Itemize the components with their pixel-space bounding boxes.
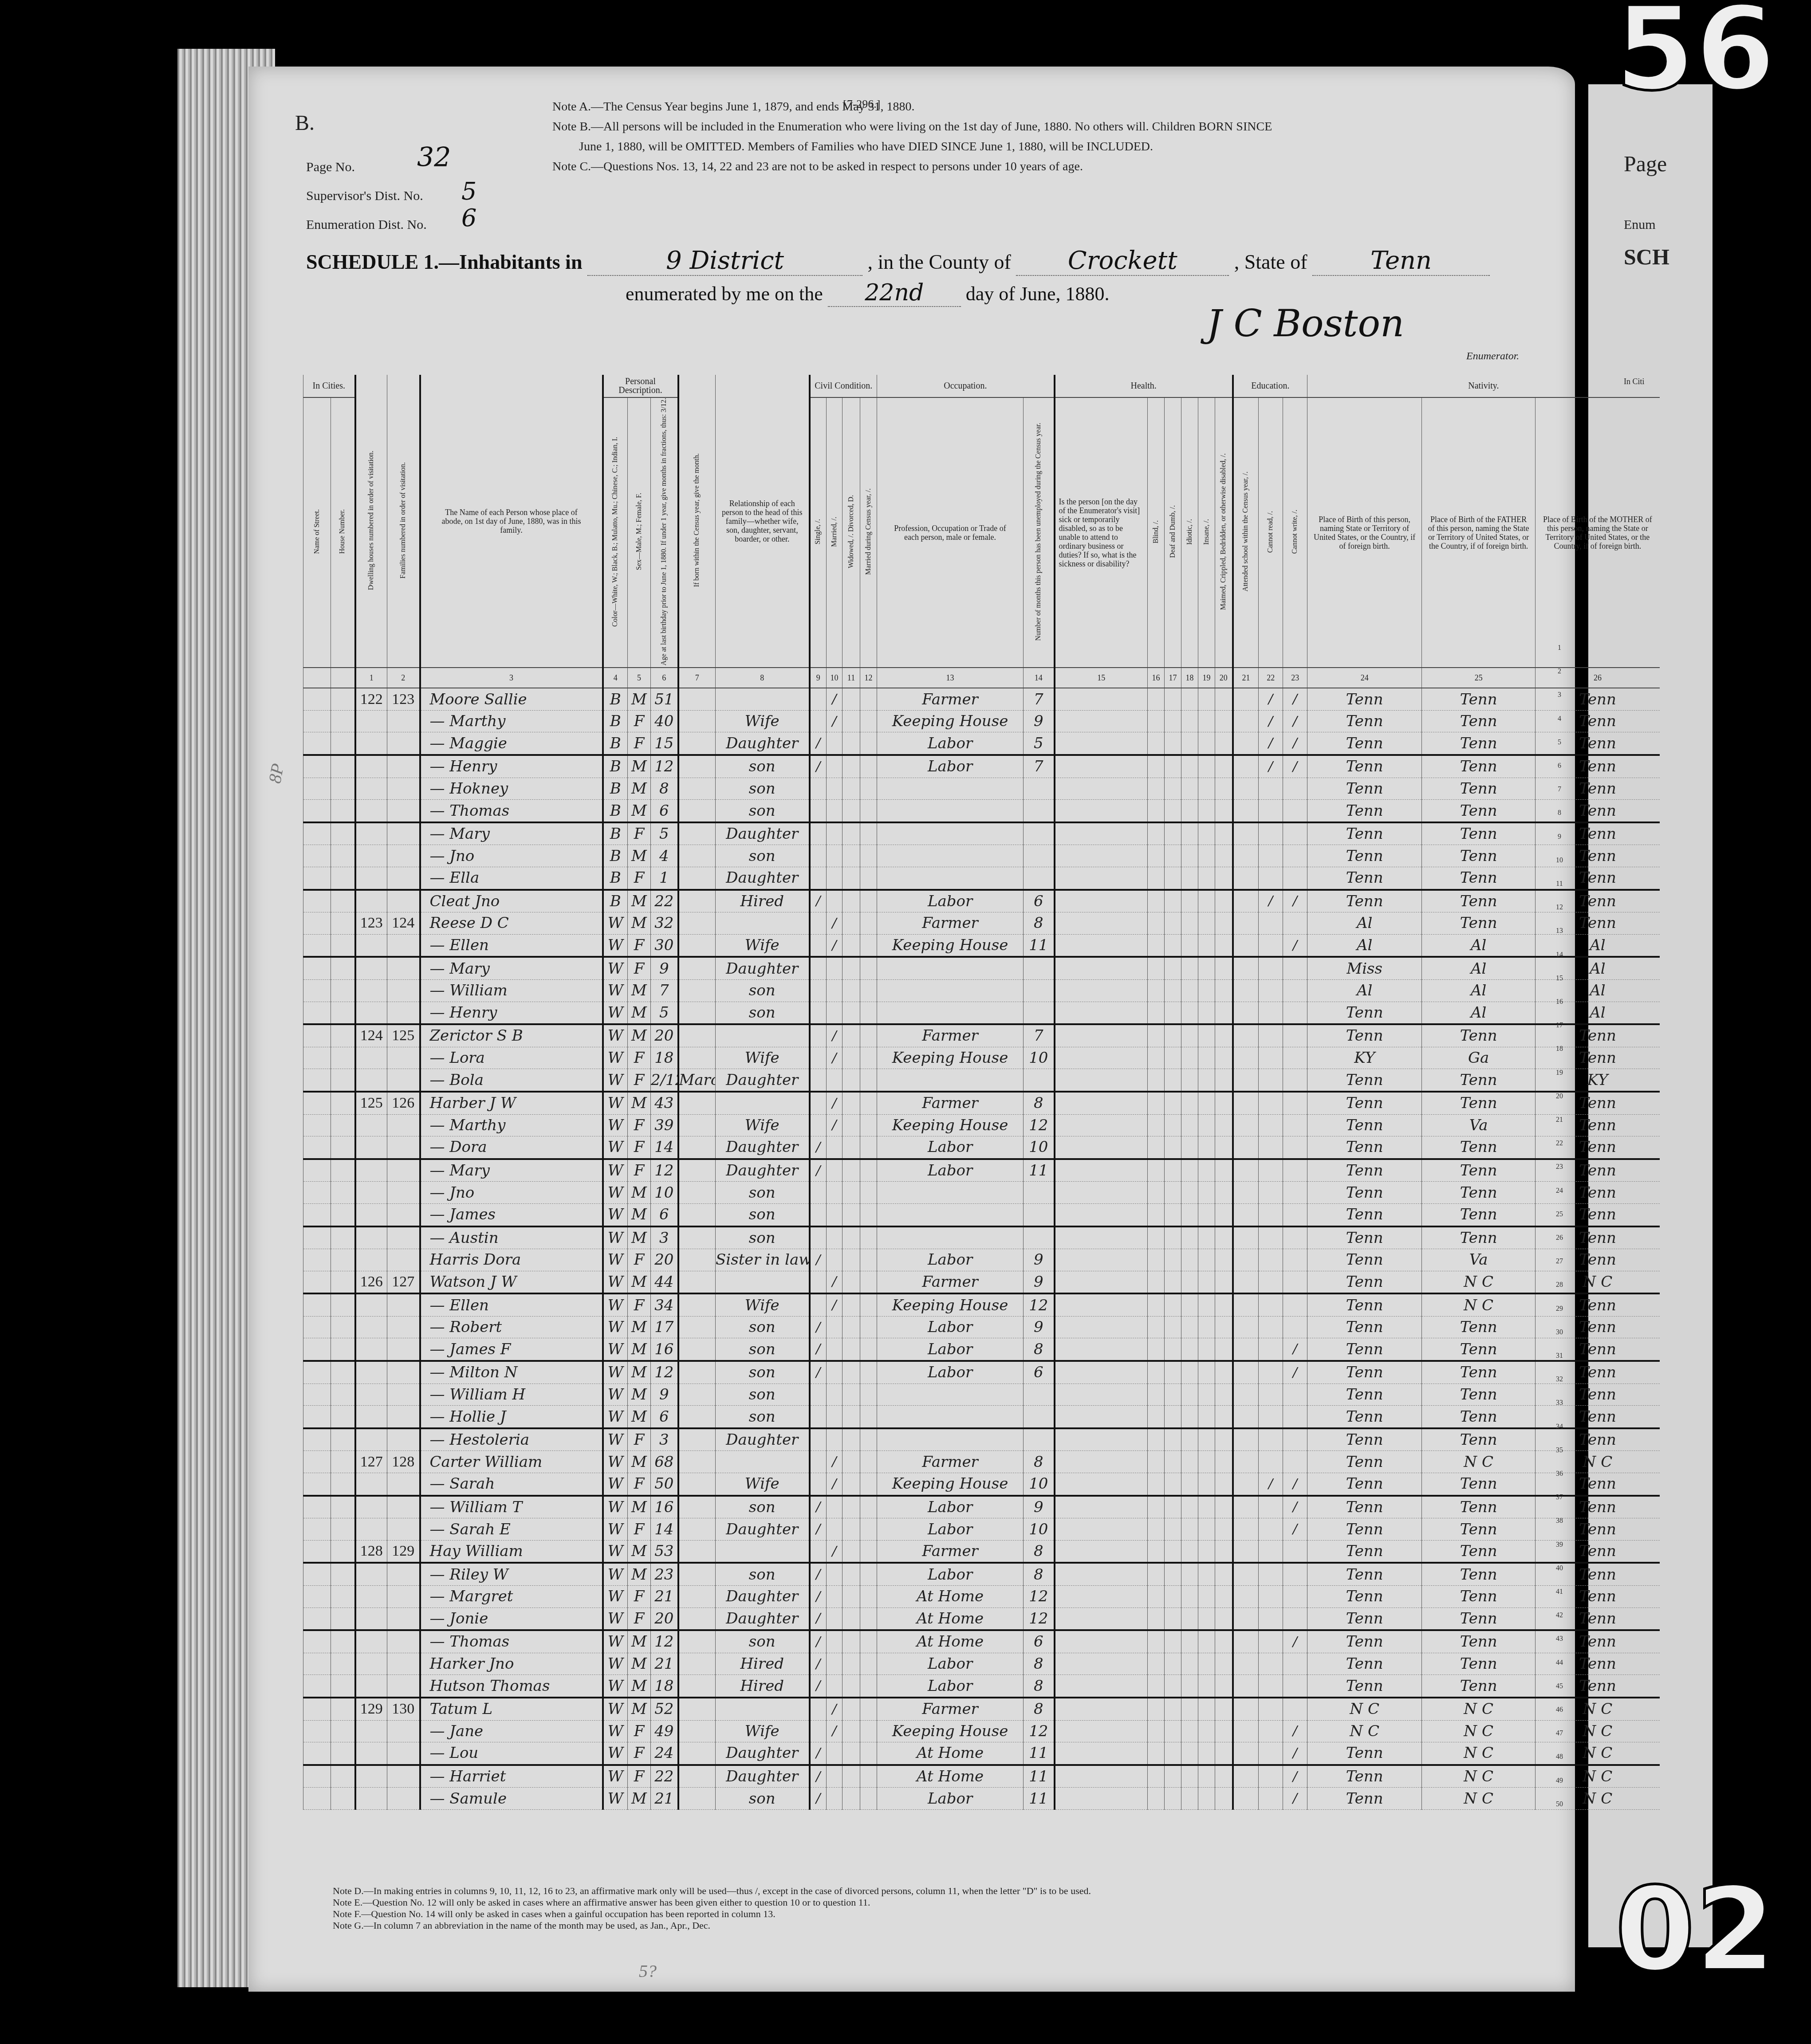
disabled-cell <box>1215 1788 1233 1810</box>
relationship-cell: son <box>716 800 810 822</box>
attended-school-cell <box>1233 979 1259 1002</box>
color-cell: W <box>603 1384 628 1406</box>
blind-cell <box>1148 1563 1165 1585</box>
married-mark-cell <box>827 957 843 979</box>
insane-cell <box>1198 800 1215 822</box>
married-census-year-cell <box>860 890 877 912</box>
relationship-cell <box>716 1271 810 1293</box>
deaf-dumb-cell <box>1165 1720 1181 1742</box>
idiotic-cell <box>1181 845 1198 867</box>
insane-cell <box>1198 1675 1215 1698</box>
dwelling-number-cell <box>355 957 387 979</box>
age-cell: 15 <box>651 732 678 755</box>
attended-school-cell <box>1233 1473 1259 1496</box>
birthplace-cell: Tenn <box>1307 1608 1422 1630</box>
married-census-year-cell <box>860 822 877 845</box>
header-col-18: Idiotic, /. <box>1181 397 1198 668</box>
color-cell: W <box>603 934 628 957</box>
sex-cell: F <box>628 1586 651 1608</box>
married-census-year-cell <box>860 778 877 800</box>
insane-cell <box>1198 1384 1215 1406</box>
disabled-cell <box>1215 778 1233 800</box>
cannot-write-cell: / <box>1283 1720 1307 1742</box>
deaf-dumb-cell <box>1165 1698 1181 1720</box>
father-birthplace-cell: Tenn <box>1422 1473 1535 1496</box>
widowed-cell <box>843 1182 860 1204</box>
cannot-write-cell: / <box>1283 1496 1307 1518</box>
cannot-write-cell <box>1283 867 1307 890</box>
line-number: 5 <box>1553 739 1566 747</box>
house-cell <box>331 800 355 822</box>
schedule-line: SCHEDULE 1.—Inhabitants in 9 District , … <box>306 246 1490 276</box>
single-mark-cell: / <box>810 1742 827 1765</box>
family-number-cell <box>387 822 420 845</box>
idiotic-cell <box>1181 1361 1198 1384</box>
disabled-cell <box>1215 912 1233 935</box>
relationship-cell: Daughter <box>716 1586 810 1608</box>
age-cell: 6 <box>651 1203 678 1226</box>
table-row: — Milton NWM12son/Labor6/TennTennTenn <box>303 1361 1660 1384</box>
birthplace-cell: Tenn <box>1307 1586 1422 1608</box>
house-cell <box>331 957 355 979</box>
table-row: — James FWM16son/Labor8/TennTennTenn <box>303 1338 1660 1361</box>
relationship-cell: Daughter <box>716 957 810 979</box>
cannot-write-cell: / <box>1283 1788 1307 1810</box>
county-field: Crockett <box>1016 246 1229 276</box>
color-cell: W <box>603 1742 628 1765</box>
table-row: — MaryWF12Daughter/Labor11TennTennTenn <box>303 1159 1660 1182</box>
cannot-read-cell <box>1259 1092 1283 1114</box>
dwelling-number-cell <box>355 732 387 755</box>
street-cell <box>303 1002 331 1024</box>
occupation-cell <box>877 845 1024 867</box>
father-birthplace-cell: N C <box>1422 1698 1535 1720</box>
line-number: 43 <box>1553 1635 1566 1643</box>
deaf-dumb-cell <box>1165 1742 1181 1765</box>
house-cell <box>331 1788 355 1810</box>
line-number: 26 <box>1553 1234 1566 1242</box>
single-mark-cell <box>810 1406 827 1428</box>
attended-school-cell <box>1233 1384 1259 1406</box>
occupation-cell <box>877 1182 1024 1204</box>
months-unemployed-cell: 8 <box>1024 1653 1055 1675</box>
idiotic-cell <box>1181 1002 1198 1024</box>
blind-cell <box>1148 1742 1165 1765</box>
attended-school-cell <box>1233 1406 1259 1428</box>
table-row: Hutson ThomasWM18Hired/Labor8TennTennTen… <box>303 1675 1660 1698</box>
idiotic-cell <box>1181 1069 1198 1092</box>
header-col-17: Deaf and Dumb, /. <box>1165 397 1181 668</box>
street-cell <box>303 1630 331 1653</box>
cannot-read-cell <box>1259 1496 1283 1518</box>
age-cell: 23 <box>651 1563 678 1585</box>
sickness-cell <box>1055 1316 1148 1338</box>
family-number-cell <box>387 1249 420 1271</box>
table-row: — SamuleWM21son/Labor11/TennN CN C <box>303 1788 1660 1810</box>
color-cell: B <box>603 778 628 800</box>
insane-cell <box>1198 1742 1215 1765</box>
idiotic-cell <box>1181 822 1198 845</box>
deaf-dumb-cell <box>1165 1226 1181 1249</box>
father-birthplace-cell: Tenn <box>1422 1586 1535 1608</box>
age-cell: 12 <box>651 755 678 778</box>
insane-cell <box>1198 1765 1215 1788</box>
family-number-cell <box>387 1428 420 1451</box>
enumeration-date-line: enumerated by me on the 22nd day of June… <box>626 279 1110 307</box>
insane-cell <box>1198 755 1215 778</box>
months-unemployed-cell: 12 <box>1024 1586 1055 1608</box>
color-cell: W <box>603 1586 628 1608</box>
person-name-cell: — Thomas <box>420 800 603 822</box>
father-birthplace-cell: Tenn <box>1422 1608 1535 1630</box>
cannot-read-cell: / <box>1259 890 1283 912</box>
dwelling-number-cell <box>355 1675 387 1698</box>
widowed-cell <box>843 912 860 935</box>
single-mark-cell <box>810 979 827 1002</box>
months-unemployed-cell: 9 <box>1024 710 1055 732</box>
attended-school-cell <box>1233 1608 1259 1630</box>
birth-month-cell <box>678 1608 716 1630</box>
attended-school-cell <box>1233 934 1259 957</box>
blind-cell <box>1148 1518 1165 1541</box>
months-unemployed-cell <box>1024 1406 1055 1428</box>
birth-month-cell <box>678 732 716 755</box>
sickness-cell <box>1055 822 1148 845</box>
table-row: 127128Carter WilliamWM68/Farmer8TennN CN… <box>303 1451 1660 1473</box>
months-unemployed-cell <box>1024 822 1055 845</box>
birthplace-cell: Al <box>1307 979 1422 1002</box>
single-mark-cell: / <box>810 1518 827 1541</box>
disabled-cell <box>1215 1720 1233 1742</box>
sex-cell: M <box>628 1563 651 1585</box>
age-cell: 32 <box>651 912 678 935</box>
father-birthplace-cell: Tenn <box>1422 800 1535 822</box>
header-col-12: Married during Census year, /. <box>860 397 877 668</box>
note-e: Note E.—Question No. 12 will only be ask… <box>333 1897 1091 1908</box>
widowed-cell <box>843 1338 860 1361</box>
months-unemployed-cell <box>1024 867 1055 890</box>
table-row: 125126Harber J WWM43/Farmer8TennTennTenn <box>303 1092 1660 1114</box>
cannot-read-cell <box>1259 934 1283 957</box>
attended-school-cell <box>1233 755 1259 778</box>
family-number-cell <box>387 800 420 822</box>
insane-cell <box>1198 732 1215 755</box>
header-col-23: Cannot write, /. <box>1283 397 1307 668</box>
single-mark-cell <box>810 1047 827 1069</box>
person-name-cell: — Jno <box>420 1182 603 1204</box>
attended-school-cell <box>1233 845 1259 867</box>
family-number-cell: 126 <box>387 1092 420 1114</box>
blind-cell <box>1148 1698 1165 1720</box>
table-row: — JaneWF49Wife/Keeping House12/N CN CN C <box>303 1720 1660 1742</box>
note-g: Note G.—In column 7 an abbreviation in t… <box>333 1920 1091 1931</box>
father-birthplace-cell: Tenn <box>1422 732 1535 755</box>
line-number: 10 <box>1553 857 1566 865</box>
widowed-cell <box>843 1136 860 1159</box>
blind-cell <box>1148 1069 1165 1092</box>
person-name-cell: — Ella <box>420 867 603 890</box>
sex-cell: M <box>628 1630 651 1653</box>
family-number-cell <box>387 1406 420 1428</box>
sex-cell: F <box>628 822 651 845</box>
birth-month-cell <box>678 1698 716 1720</box>
note-b: Note B.—All persons will be included in … <box>552 120 1272 134</box>
house-cell <box>331 1114 355 1136</box>
attended-school-cell <box>1233 688 1259 710</box>
sickness-cell <box>1055 800 1148 822</box>
months-unemployed-cell: 10 <box>1024 1473 1055 1496</box>
blind-cell <box>1148 755 1165 778</box>
idiotic-cell <box>1181 890 1198 912</box>
street-cell <box>303 1159 331 1182</box>
birth-month-cell <box>678 1203 716 1226</box>
color-cell: W <box>603 1069 628 1092</box>
birth-month-cell <box>678 1384 716 1406</box>
disabled-cell <box>1215 1293 1233 1316</box>
single-mark-cell <box>810 688 827 710</box>
attended-school-cell <box>1233 1675 1259 1698</box>
attended-school-cell <box>1233 1002 1259 1024</box>
header-col-3: The Name of each Person whose place of a… <box>420 375 603 668</box>
blind-cell <box>1148 1540 1165 1563</box>
cannot-read-cell <box>1259 1765 1283 1788</box>
occupation-cell: At Home <box>877 1586 1024 1608</box>
insane-cell <box>1198 1002 1215 1024</box>
birthplace-cell: Tenn <box>1307 1226 1422 1249</box>
birth-month-cell <box>678 1518 716 1541</box>
widowed-cell <box>843 1608 860 1630</box>
cannot-read-cell <box>1259 1788 1283 1810</box>
person-name-cell: — Marthy <box>420 1114 603 1136</box>
months-unemployed-cell: 9 <box>1024 1271 1055 1293</box>
header-house: House Number. <box>331 397 355 668</box>
cannot-read-cell <box>1259 1361 1283 1384</box>
single-mark-cell: / <box>810 755 827 778</box>
insane-cell <box>1198 867 1215 890</box>
family-number-cell <box>387 845 420 867</box>
dwelling-number-cell <box>355 1720 387 1742</box>
table-row: — JnoWM10sonTennTennTenn <box>303 1182 1660 1204</box>
age-cell: 44 <box>651 1271 678 1293</box>
deaf-dumb-cell <box>1165 1608 1181 1630</box>
family-number-cell <box>387 1114 420 1136</box>
family-number-cell <box>387 1338 420 1361</box>
father-birthplace-cell: Tenn <box>1422 822 1535 845</box>
married-census-year-cell <box>860 755 877 778</box>
birth-month-cell <box>678 1720 716 1742</box>
attended-school-cell <box>1233 1203 1259 1226</box>
person-name-cell: — Harriet <box>420 1765 603 1788</box>
birth-month-cell <box>678 890 716 912</box>
line-number: 12 <box>1553 904 1566 912</box>
street-cell <box>303 934 331 957</box>
header-col-11: Widowed, /. Divorced, D. <box>843 397 860 668</box>
married-census-year-cell <box>860 800 877 822</box>
street-cell <box>303 979 331 1002</box>
widowed-cell <box>843 1361 860 1384</box>
attended-school-cell <box>1233 1182 1259 1204</box>
color-cell: W <box>603 1653 628 1675</box>
widowed-cell <box>843 1002 860 1024</box>
widowed-cell <box>843 1047 860 1069</box>
married-mark-cell: / <box>827 688 843 710</box>
family-number-cell <box>387 1630 420 1653</box>
dwelling-number-cell <box>355 1630 387 1653</box>
deaf-dumb-cell <box>1165 867 1181 890</box>
deaf-dumb-cell <box>1165 890 1181 912</box>
blind-cell <box>1148 1024 1165 1047</box>
family-number-cell <box>387 1788 420 1810</box>
cannot-read-cell <box>1259 1518 1283 1541</box>
person-name-cell: — William H <box>420 1384 603 1406</box>
table-row: — MaryBF5DaughterTennTennTenn <box>303 822 1660 845</box>
cannot-read-cell <box>1259 800 1283 822</box>
house-cell <box>331 1182 355 1204</box>
age-cell: 22 <box>651 1765 678 1788</box>
person-name-cell: — Hestoleria <box>420 1428 603 1451</box>
widowed-cell <box>843 688 860 710</box>
married-mark-cell: / <box>827 1092 843 1114</box>
age-cell: 6 <box>651 1406 678 1428</box>
married-census-year-cell <box>860 1293 877 1316</box>
idiotic-cell <box>1181 1316 1198 1338</box>
color-cell: W <box>603 1136 628 1159</box>
attended-school-cell <box>1233 1451 1259 1473</box>
sex-cell: F <box>628 1518 651 1541</box>
married-mark-cell <box>827 778 843 800</box>
table-row: — HokneyBM8sonTennTennTenn <box>303 778 1660 800</box>
idiotic-cell <box>1181 1675 1198 1698</box>
months-unemployed-cell: 11 <box>1024 1765 1055 1788</box>
attended-school-cell <box>1233 1540 1259 1563</box>
cannot-read-cell <box>1259 979 1283 1002</box>
married-mark-cell <box>827 1765 843 1788</box>
family-number-cell <box>387 1361 420 1384</box>
page-no-value: 32 <box>417 142 451 173</box>
cannot-read-cell <box>1259 778 1283 800</box>
house-cell <box>331 755 355 778</box>
blind-cell <box>1148 1630 1165 1653</box>
birthplace-cell: Tenn <box>1307 867 1422 890</box>
birth-month-cell <box>678 1114 716 1136</box>
birth-month-cell <box>678 1428 716 1451</box>
color-cell: W <box>603 912 628 935</box>
married-census-year-cell <box>860 1788 877 1810</box>
street-cell <box>303 1136 331 1159</box>
table-row: — JamesWM6sonTennTennTenn <box>303 1203 1660 1226</box>
sickness-cell <box>1055 1630 1148 1653</box>
disabled-cell <box>1215 1047 1233 1069</box>
color-cell: W <box>603 1024 628 1047</box>
single-mark-cell: / <box>810 1136 827 1159</box>
father-birthplace-cell: Tenn <box>1422 710 1535 732</box>
birthplace-cell: Tenn <box>1307 1203 1422 1226</box>
months-unemployed-cell: 8 <box>1024 1338 1055 1361</box>
dwelling-number-cell <box>355 1361 387 1384</box>
months-unemployed-cell <box>1024 778 1055 800</box>
street-cell <box>303 1428 331 1451</box>
street-cell <box>303 778 331 800</box>
age-cell: 20 <box>651 1608 678 1630</box>
sex-cell: F <box>628 934 651 957</box>
color-cell: W <box>603 1496 628 1518</box>
sickness-cell <box>1055 979 1148 1002</box>
note-a: Note A.—The Census Year begins June 1, 1… <box>552 100 915 114</box>
dwelling-number-cell <box>355 1496 387 1518</box>
married-census-year-cell <box>860 1384 877 1406</box>
birthplace-cell: Al <box>1307 934 1422 957</box>
occupation-cell: Keeping House <box>877 1047 1024 1069</box>
blind-cell <box>1148 1271 1165 1293</box>
sickness-cell <box>1055 1608 1148 1630</box>
birth-month-cell <box>678 1653 716 1675</box>
months-unemployed-cell: 12 <box>1024 1608 1055 1630</box>
cannot-read-cell <box>1259 1698 1283 1720</box>
disabled-cell <box>1215 1653 1233 1675</box>
page-no-label: Page No. <box>306 160 355 175</box>
deaf-dumb-cell <box>1165 1338 1181 1361</box>
family-number-cell <box>387 1069 420 1092</box>
table-row: 122123Moore SallieBM51/Farmer7//TennTenn… <box>303 688 1660 710</box>
person-name-cell: Harker Jno <box>420 1653 603 1675</box>
header-col-20: Maimed, Crippled, Bedridden, or otherwis… <box>1215 397 1233 668</box>
idiotic-cell <box>1181 1182 1198 1204</box>
cannot-read-cell <box>1259 1316 1283 1338</box>
cannot-write-cell: / <box>1283 755 1307 778</box>
occupation-cell: Labor <box>877 1518 1024 1541</box>
street-cell <box>303 1788 331 1810</box>
house-cell <box>331 1002 355 1024</box>
dwelling-number-cell <box>355 1518 387 1541</box>
blind-cell <box>1148 1361 1165 1384</box>
single-mark-cell <box>810 1720 827 1742</box>
street-cell <box>303 1675 331 1698</box>
person-name-cell: Harber J W <box>420 1092 603 1114</box>
dwelling-number-cell <box>355 778 387 800</box>
occupation-cell: Keeping House <box>877 710 1024 732</box>
pencil-bottom-note: 5? <box>639 1961 657 1981</box>
single-mark-cell: / <box>810 890 827 912</box>
age-cell: 68 <box>651 1451 678 1473</box>
header-col-10: Married, /. <box>827 397 843 668</box>
sex-cell: M <box>628 1316 651 1338</box>
deaf-dumb-cell <box>1165 1047 1181 1069</box>
birthplace-cell: Tenn <box>1307 1271 1422 1293</box>
cannot-read-cell <box>1259 912 1283 935</box>
street-cell <box>303 1182 331 1204</box>
disabled-cell <box>1215 1698 1233 1720</box>
note-d: Note D.—In making entries in columns 9, … <box>333 1885 1091 1897</box>
dwelling-number-cell <box>355 890 387 912</box>
age-cell: 9 <box>651 957 678 979</box>
table-row: — MargretWF21Daughter/At Home12TennTennT… <box>303 1586 1660 1608</box>
married-mark-cell: / <box>827 912 843 935</box>
age-cell: 3 <box>651 1428 678 1451</box>
married-census-year-cell <box>860 1338 877 1361</box>
cannot-write-cell <box>1283 1653 1307 1675</box>
sickness-cell <box>1055 1114 1148 1136</box>
occupation-cell: At Home <box>877 1608 1024 1630</box>
enum-day-field: 22nd <box>828 279 961 307</box>
color-cell: W <box>603 1316 628 1338</box>
person-name-cell: — Maggie <box>420 732 603 755</box>
family-number-cell: 125 <box>387 1024 420 1047</box>
color-cell: W <box>603 1428 628 1451</box>
age-cell: 43 <box>651 1092 678 1114</box>
cannot-write-cell <box>1283 1226 1307 1249</box>
disabled-cell <box>1215 688 1233 710</box>
dwelling-number-cell <box>355 1765 387 1788</box>
